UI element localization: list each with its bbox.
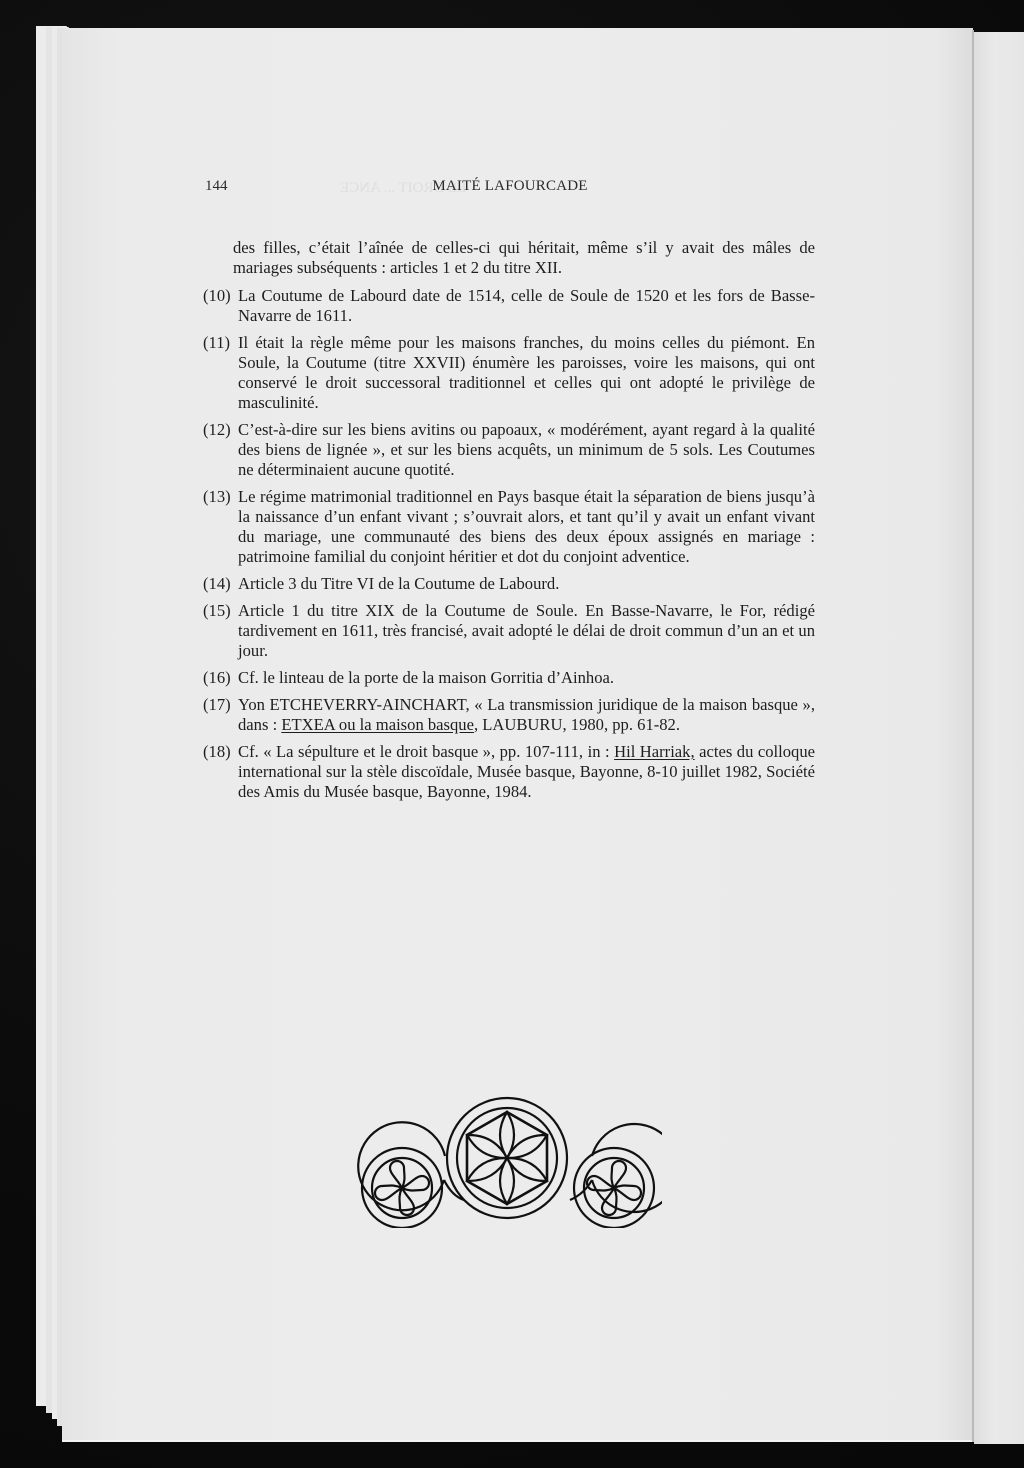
book-scan: LE DROIT ... ANCE 144 MAITÉ LAFOURCADE d… [0, 0, 1024, 1468]
footnote-number: (15) [203, 601, 238, 661]
footnote-text: Il était la règle même pour les maisons … [238, 333, 815, 413]
footnote-16: (16) Cf. le linteau de la porte de la ma… [203, 668, 815, 688]
footnote-text: C’est-à-dire sur les biens avitins ou pa… [238, 420, 815, 480]
footnote-12: (12) C’est-à-dire sur les biens avitins … [203, 420, 815, 480]
underlined-title: ETXEA ou la maison basque [281, 715, 474, 734]
citation-text: Cf. « La sépulture et le droit basque »,… [238, 742, 614, 761]
footnote-text: Cf. « La sépulture et le droit basque »,… [238, 742, 815, 802]
footnote-number: (13) [203, 487, 238, 567]
continued-note-text: des filles, c’était l’aînée de celles-ci… [203, 238, 815, 278]
footnote-number: (11) [203, 333, 238, 413]
running-head: 144 MAITÉ LAFOURCADE [205, 178, 815, 200]
footnote-18: (18) Cf. « La sépulture et le droit basq… [203, 742, 815, 802]
footnote-15: (15) Article 1 du titre XIX de la Coutum… [203, 601, 815, 661]
footnote-text: La Coutume de Labourd date de 1514, cell… [238, 286, 815, 326]
footnote-text: Yon ETCHEVERRY-AINCHART, « La transmissi… [238, 695, 815, 735]
footnote-17: (17) Yon ETCHEVERRY-AINCHART, « La trans… [203, 695, 815, 735]
running-title: MAITÉ LAFOURCADE [205, 178, 815, 195]
underlined-title: Hil Harriak, [614, 742, 695, 761]
citation-text: , LAUBURU, 1980, pp. 61-82. [474, 715, 680, 734]
footnote-number: (12) [203, 420, 238, 480]
footnote-text: Le régime matrimonial traditionnel en Pa… [238, 487, 815, 567]
footnote-14: (14) Article 3 du Titre VI de la Coutume… [203, 574, 815, 594]
footnote-10: (10) La Coutume de Labourd date de 1514,… [203, 286, 815, 326]
basque-lauburu-hexafoil-ornament-icon [352, 1096, 662, 1228]
footnote-number: (16) [203, 668, 238, 688]
footnotes-body: des filles, c’était l’aînée de celles-ci… [203, 238, 815, 809]
footnote-number: (10) [203, 286, 238, 326]
footnote-13: (13) Le régime matrimonial traditionnel … [203, 487, 815, 567]
footnote-number: (18) [203, 742, 238, 802]
footnote-number: (14) [203, 574, 238, 594]
right-page-edge [974, 32, 1024, 1444]
footnote-number: (17) [203, 695, 238, 735]
footnote-text: Article 3 du Titre VI de la Coutume de L… [238, 574, 815, 594]
footnote-text: Article 1 du titre XIX de la Coutume de … [238, 601, 815, 661]
footnote-text: Cf. le linteau de la porte de la maison … [238, 668, 815, 688]
footnote-11: (11) Il était la règle même pour les mai… [203, 333, 815, 413]
